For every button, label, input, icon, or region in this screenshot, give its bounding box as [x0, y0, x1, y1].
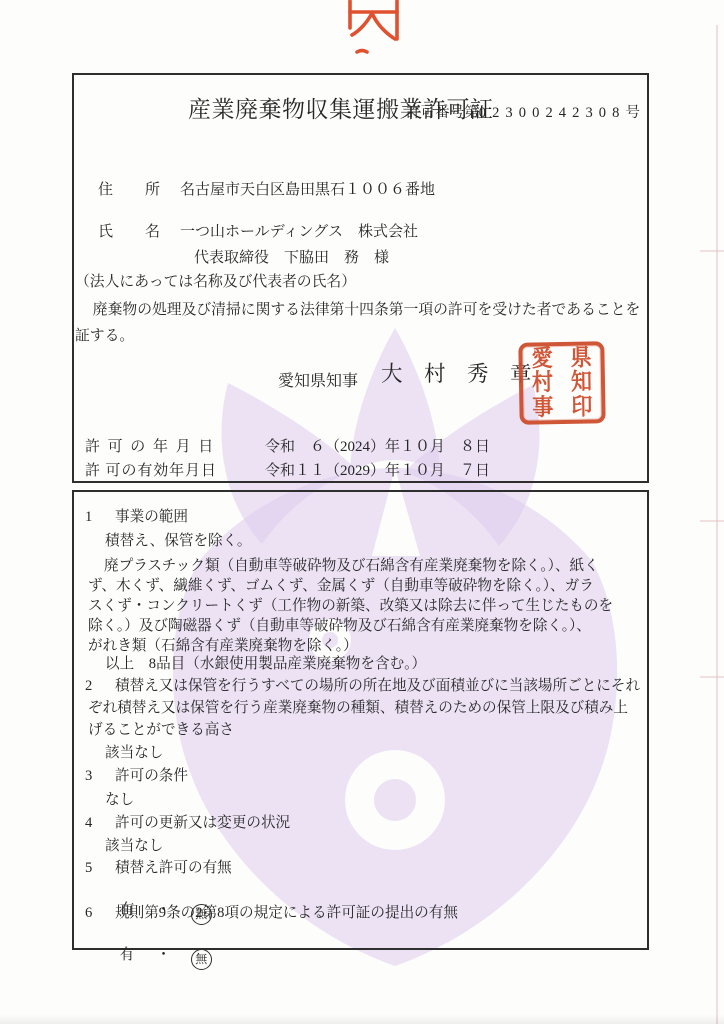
address-value: 名古屋市天白区島田黒石１００６番地 [180, 180, 435, 200]
governor-name: 大 村 秀 章 [381, 364, 532, 384]
item3-title: 許可の条件 [115, 766, 188, 786]
permit-number-digits: 02300242308 [479, 105, 626, 121]
item1-body-line: 廃プラスチック類（自動車等破砕物及び石綿含有産業廃棄物を除く。）、紙く [104, 556, 599, 576]
item3-value: なし [105, 790, 134, 810]
item2-value: 該当なし [105, 743, 163, 763]
expiry-date-label: 許 可の有効年月日 [85, 461, 217, 481]
scan-artifact-line [700, 520, 724, 522]
item4-value: 該当なし [105, 836, 163, 856]
item6-yes-no-row: 有・無 [105, 925, 212, 990]
permit-date-value: 令和 ６（2024）年１０月 ８日 [265, 437, 490, 457]
item4-number: 4 [85, 813, 92, 833]
received-stamp-icon [344, 0, 404, 58]
item1-body-line: スくず・コンクリートくず（工作物の新築、改築又は除去に伴って生じたものを [88, 596, 613, 616]
address-label-1: 住 [98, 180, 113, 200]
no-option-circled: 無 [191, 949, 212, 970]
company-name-value: 一つ山ホールディングス 株式会社 [180, 222, 418, 242]
address-label-2: 所 [145, 180, 160, 200]
name-label-1: 氏 [98, 222, 113, 242]
yes-option: 有 [120, 947, 135, 963]
item1-body-line: 除く。）及び陶磁器くず（自動車等破砕物及び石綿含有産業廃棄物を除く。）、 [88, 616, 591, 636]
item5-number: 5 [85, 858, 92, 878]
scan-bottom-shadow [0, 1014, 724, 1024]
certification-text-line1: 廃棄物の処理及び清掃に関する法律第十四条第一項の許可を受けた者であることを [78, 300, 640, 320]
scan-artifact-line [700, 676, 724, 678]
scanned-permit-page: 許可番号第02300242308号 産業廃棄物収集運搬業許可証 住 所 名古屋市… [0, 0, 724, 1024]
permit-number-suffix: 号 [626, 105, 641, 121]
item2-line: 積替え又は保管を行うすべての場所の所在地及び面積並びに当該場所ごとにそれ [115, 676, 640, 696]
document-title: 産業廃棄物収集運搬業許可証 [188, 100, 494, 120]
item1-number: 1 [85, 507, 92, 527]
item2-line: げることができる高さ [88, 720, 234, 740]
item1-subtitle: 積替え、保管を除く。 [105, 531, 252, 551]
name-label-2: 名 [145, 222, 160, 242]
item1-title: 事業の範囲 [115, 507, 188, 527]
item6-number: 6 [85, 903, 92, 923]
item5-title: 積替え許可の有無 [115, 858, 232, 878]
corporate-note: （法人にあっては名称及び代表者の氏名） [75, 272, 356, 292]
item3-number: 3 [85, 766, 92, 786]
permit-date-label: 許 可 の 年 月 日 [85, 437, 215, 457]
scan-edge-line [716, 25, 718, 1024]
item2-number: 2 [85, 676, 92, 696]
item1-body-line: ず、木くず、繊維くず、ゴムくず、金属くず（自動車等破砕物を除く。）、ガラ [88, 576, 594, 596]
scan-artifact-line [700, 250, 724, 252]
certification-text-line2: 証する。 [75, 326, 134, 346]
item6-title: 規則第9条の2第8項の規定による許可証の提出の有無 [115, 903, 458, 923]
item2-line: ぞれ積替え又は保管を行う産業廃棄物の種類、積替えのための保管上限及び積み上 [88, 698, 628, 718]
governor-seal-icon: 県 知 印 愛 村 事 [518, 341, 605, 424]
item1-body-line: がれき類（石綿含有産業廃棄物を除く。） [88, 636, 358, 656]
governor-title: 愛知県知事 [278, 372, 358, 392]
expiry-date-value: 令和１１（2029）年１０月 ７日 [265, 461, 490, 481]
option-separator-dot: ・ [156, 947, 171, 963]
item4-title: 許可の更新又は変更の状況 [115, 813, 290, 833]
item1-total: 以上 8品目（水銀使用製品産業廃棄物を含む。） [105, 654, 426, 674]
representative-name: 代表取締役 下脇田 務 様 [194, 248, 389, 268]
